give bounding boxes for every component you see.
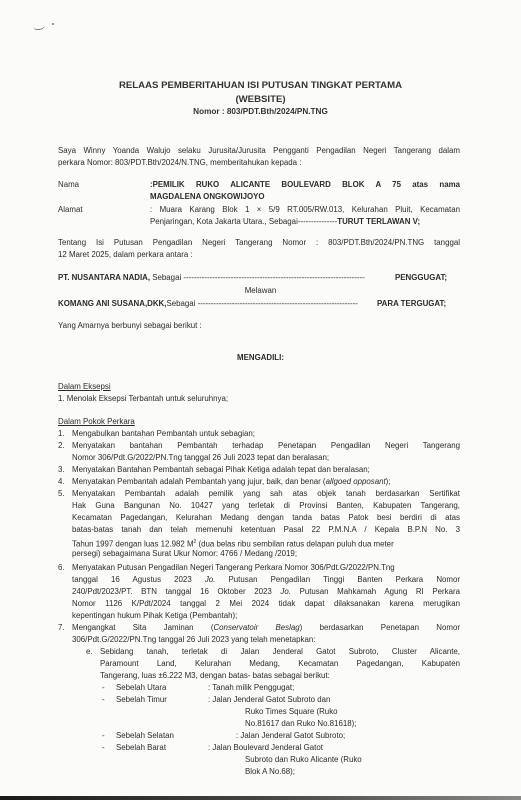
t: 240/Pdt/2023/PT. BTN tanggal 16 Oktober … bbox=[72, 587, 280, 596]
document-subtitle: (WEBSITE) bbox=[0, 94, 521, 105]
item-7-line-1: Mengangkat Sita Jaminan (Conservatoir Be… bbox=[72, 622, 460, 634]
verdict-intro: Yang Amarnya berbunyi sebagai berikut : bbox=[58, 320, 202, 332]
item-4-b: ); bbox=[386, 477, 391, 486]
recipient-name: :PEMILIK RUKO ALICANTE BOULEVARD BLOK A … bbox=[150, 179, 460, 191]
about-line-2: 12 Maret 2025, dalam perkara antara : bbox=[58, 249, 193, 261]
exception-heading: Dalam Eksepsi bbox=[58, 381, 111, 393]
main-case-heading: Dalam Pokok Perkara bbox=[58, 416, 135, 428]
defendant-name: KOMANG ANI SUSANA,DKK, bbox=[58, 299, 166, 308]
item-1-num: 1. bbox=[58, 428, 65, 440]
item-6-line-2: tanggal 16 Agustus 2023 Jo. Putusan Peng… bbox=[72, 574, 460, 586]
exception-item-1: 1. Menolak Eksepsi Terbantah untuk selur… bbox=[58, 393, 228, 405]
sub-item-line-1: Sebidang tanah, terletak di Jalan Jender… bbox=[100, 646, 460, 658]
scan-edge bbox=[0, 796, 521, 800]
document-title: RELAAS PEMBERITAHUAN ISI PUTUSAN TINGKAT… bbox=[0, 80, 521, 91]
border-east-label: Sebelah Timur bbox=[116, 694, 167, 706]
item-2-line-2: Nomor 306/Pdt.G/2022/PN.Tng tanggal 26 J… bbox=[72, 452, 329, 464]
item-3-text: Menyatakan Bantahan Pembantah sebagai Pi… bbox=[72, 464, 370, 476]
t: tanggal 16 Agustus 2023 bbox=[72, 575, 205, 584]
address-text: Penjaringan, Kota Jakarta Utara., Sebaga… bbox=[150, 217, 337, 226]
border-north-label: Sebelah Utara bbox=[116, 682, 166, 694]
border-east-desc-2: Ruko Times Square (Ruko bbox=[245, 706, 338, 718]
item-4-italic: allgoed opposant bbox=[326, 477, 386, 486]
recipient-address-2: Penjaringan, Kota Jakarta Utara., Sebaga… bbox=[150, 216, 420, 228]
item-6-line-1: Menyatakan Putusan Pengadilan Negeri Tan… bbox=[72, 562, 395, 574]
pen-dot bbox=[52, 23, 54, 25]
dash: - bbox=[102, 694, 105, 706]
intro-line-2: perkara Nomor: 803/PDT.Bth/2024/N.TNG, m… bbox=[58, 157, 301, 169]
about-line-1: Tentang Isi Putusan Pengadilan Negeri Ta… bbox=[58, 237, 460, 249]
item-5-line-2: Hak Guna Bangunan No. 10427 yang terleta… bbox=[72, 500, 460, 512]
item-2-num: 2. bbox=[58, 440, 65, 452]
sub-item-line-2: Paramount Land, Kelurahan Medang, Kecama… bbox=[100, 658, 460, 670]
item-6-line-3: 240/Pdt/2023/PT. BTN tanggal 16 Oktober … bbox=[72, 586, 460, 598]
verdict-heading: MENGADILI: bbox=[0, 352, 521, 364]
recipient-address-1: : Muara Karang Blok 1 × 5/9 RT.005/RW.01… bbox=[150, 204, 460, 216]
t: Putusan Mahkamah Agung RI Perkara bbox=[291, 587, 460, 596]
item-5-line-6: persegi) sebagaimana Surat Ukur Nomor: 4… bbox=[72, 548, 297, 560]
pen-mark bbox=[33, 24, 46, 31]
item-6-num: 6. bbox=[58, 562, 65, 574]
document-number: Nomor : 803/PDT.Bth/2024/PN.TNG bbox=[0, 107, 521, 116]
border-east-desc: : Jalan Jenderal Gatot Subroto dan bbox=[208, 694, 330, 706]
document-page: RELAAS PEMBERITAHUAN ISI PUTUSAN TINGKAT… bbox=[0, 0, 521, 800]
sub-item-line-3: Tangerang, luas ±6.222 M3, dengan batas-… bbox=[100, 670, 330, 682]
address-label: Alamat bbox=[58, 204, 83, 216]
item-7-num: 7. bbox=[58, 622, 65, 634]
item-5-line-4: batas-batas tanah dan telah memenuhi ket… bbox=[72, 524, 460, 536]
plaintiff-as: Sebagai --------------------------------… bbox=[150, 273, 365, 282]
intro-line-1: Saya Winny Yoanda Walujo selaku Jurusita… bbox=[58, 145, 460, 157]
border-west-desc-2: Subroto dan Ruko Alicante (Ruko bbox=[245, 754, 362, 766]
plaintiff-role: PENGGUGAT; bbox=[395, 272, 447, 284]
border-west-label: Sebelah Barat bbox=[116, 742, 166, 754]
recipient-role: TURUT TERLAWAN V; bbox=[337, 217, 420, 226]
border-north-desc: : Tanah milik Penggugat; bbox=[208, 682, 294, 694]
name-label: Nama bbox=[58, 179, 79, 191]
item-7-line-2: 306/Pdt.G/2022/PN.Tng tanggal 26 Juli 20… bbox=[72, 634, 315, 646]
border-east-desc-3: No.81617 dan Ruko No.81618); bbox=[245, 718, 356, 730]
item-6-line-4: Nomor 1126 K/Pdt/2024 tanggal 2 Mei 2024… bbox=[72, 598, 460, 610]
border-south-desc: : Jalan Jenderal Gatot Subroto; bbox=[236, 730, 345, 742]
item-5-num: 5. bbox=[58, 488, 65, 500]
dash: - bbox=[102, 730, 105, 742]
item-4-a: Menyatakan Pembantah adalah Pembantah ya… bbox=[72, 477, 326, 486]
item-3-num: 3. bbox=[58, 464, 65, 476]
item-1-text: Mengabulkan bantahan Pembantah untuk seb… bbox=[72, 428, 255, 440]
conservatoir: Conservatoir Beslag bbox=[213, 623, 299, 632]
border-west-desc-3: Blok A No.68); bbox=[245, 766, 295, 778]
defendant-line: KOMANG ANI SUSANA,DKK,Sebagai ----------… bbox=[58, 298, 358, 310]
defendant-role: PARA TERGUGAT; bbox=[377, 298, 446, 310]
border-west-desc: : Jalan Boulevard Jenderal Gatot bbox=[208, 742, 323, 754]
defendant-as: Sebagai --------------------------------… bbox=[166, 299, 357, 308]
sub-item-letter: e. bbox=[86, 646, 93, 658]
item-2-line-1: Menyatakan bantahan Pembantah terhadap P… bbox=[72, 440, 460, 452]
jo-2: Jo. bbox=[280, 587, 291, 596]
item-6-line-5: kepentingan hukum Pihak Ketiga (Pembanta… bbox=[72, 610, 237, 622]
versus: Melawan bbox=[0, 285, 521, 297]
dash: - bbox=[102, 682, 105, 694]
item-5-line-3: Kecamatan Pagedangan, Kelurahan Medang d… bbox=[72, 512, 460, 524]
item-4-text: Menyatakan Pembantah adalah Pembantah ya… bbox=[72, 476, 391, 488]
plaintiff-name: PT. NUSANTARA NADIA, bbox=[58, 273, 150, 282]
t: Mengangkat Sita Jaminan ( bbox=[72, 623, 213, 632]
jo-1: Jo. bbox=[205, 575, 216, 584]
dash: - bbox=[102, 742, 105, 754]
recipient-name-2: MAGDALENA ONGKOWIJOYO bbox=[150, 191, 265, 203]
border-south-label: Sebelah Selatan bbox=[116, 730, 174, 742]
item-4-num: 4. bbox=[58, 476, 65, 488]
t: ) berdasarkan Penetapan Nomor bbox=[300, 623, 460, 632]
t: Putusan Pengadilan Tinggi Banten Perkara… bbox=[215, 575, 460, 584]
item-5-line-1: Menyatakan Pembantah adalah pemilik yang… bbox=[72, 488, 460, 500]
